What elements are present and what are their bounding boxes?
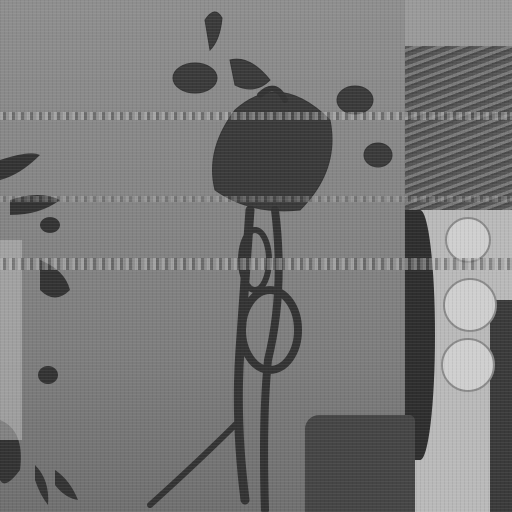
left-light-stripe	[0, 240, 22, 440]
glitch-band	[0, 112, 512, 120]
glitch-band	[0, 258, 512, 270]
photo-shapes	[0, 0, 512, 512]
glitch-band	[0, 196, 512, 202]
photo-collage	[0, 0, 512, 512]
pebble-column	[442, 218, 496, 391]
